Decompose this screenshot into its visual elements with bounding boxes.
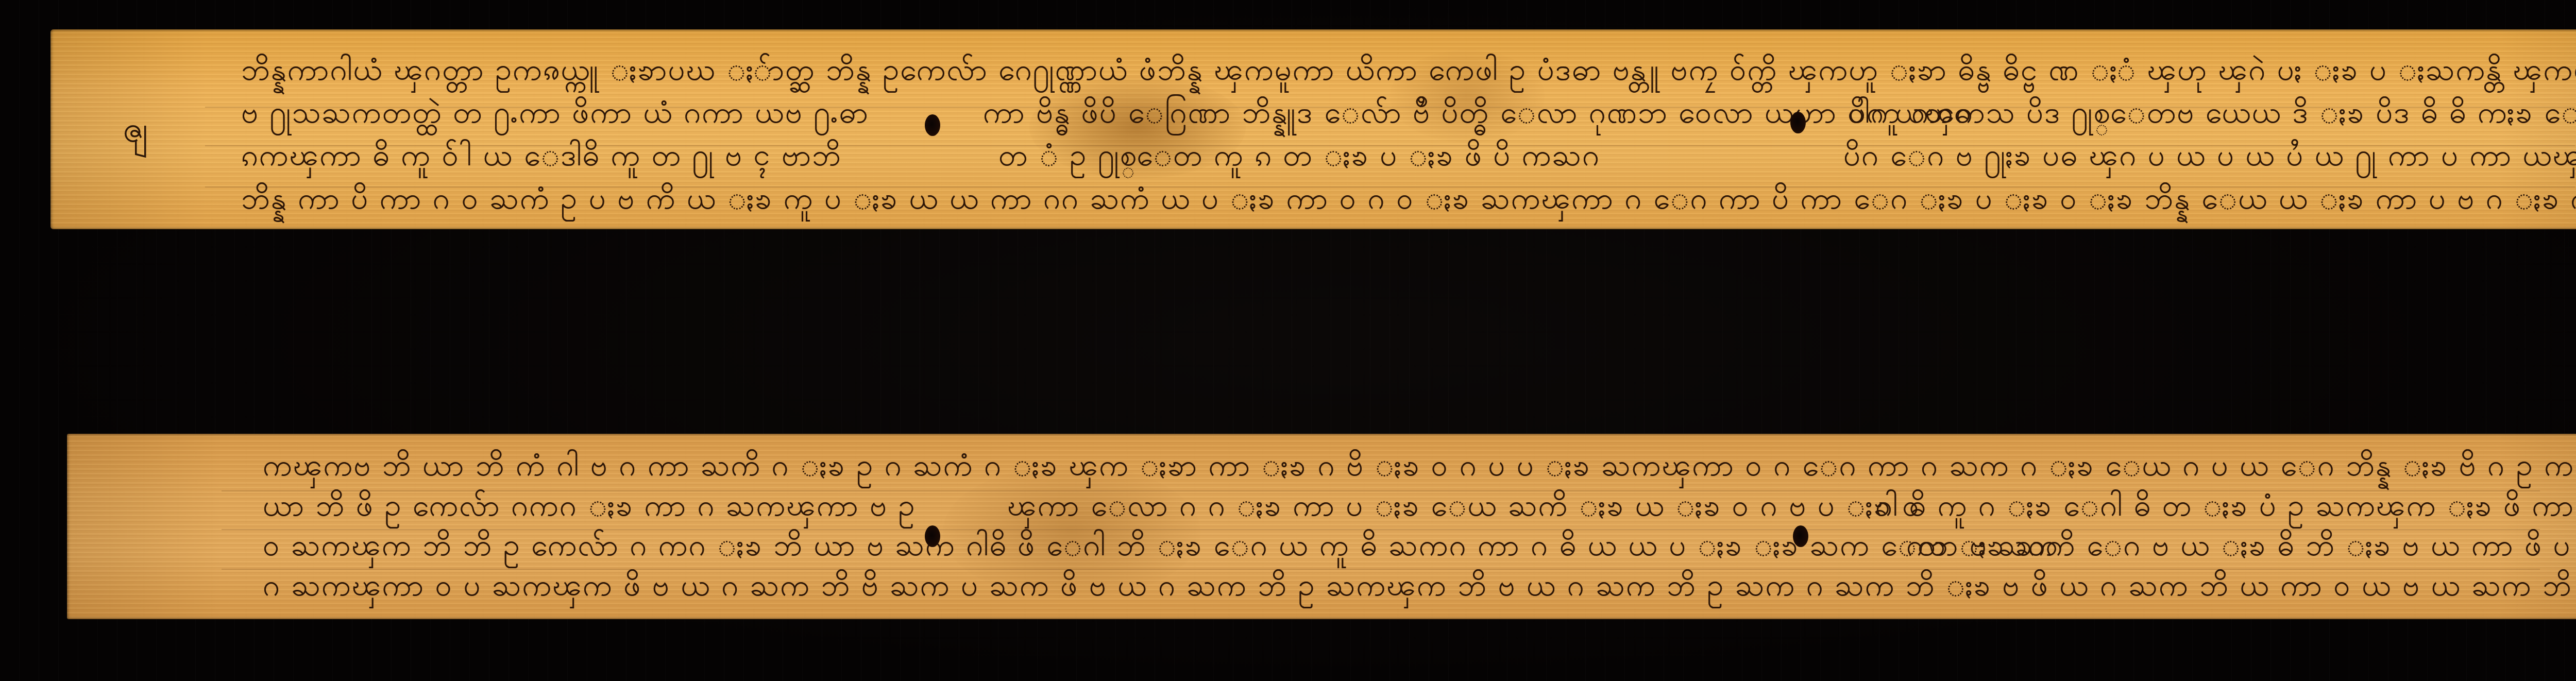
string-hole [925,525,940,547]
text-segment: ကၾကဗ ဘိ ယာ ဘိ ကံ ဂါ ဗ ဂ ကာ ႀကိ ဂ ႏၶ ဥ ဂ … [263,447,2576,490]
text-segment: ဖိ ေဂါ ဘိ ႏၶ ေဂ ယ ကူ ဓိ ႀကဂ ကာ ဂ ဓိ ယ ယ … [1018,526,2058,570]
page-number-marker: ၛ [123,107,148,160]
text-segment: ဝ ႀကၾက ဘိ ဘိ ဥ ကေလ်ာ ဂ ကဂ ႏၶ ဘိ ယာ ဗ ႀက … [263,526,1007,570]
string-hole [1793,525,1808,547]
text-segment: ၵကၾကာ ဓိ ကူ ဝ်ါ ယ ေဒါဓိ ကူ တ ႐ု ဗ ၚ ဗာဘိ [241,137,842,180]
text-segment: ဘိန္န ကာ ပိ ကာ ဂ ဝ ႀကံ ဥ ပ ဗ ကိ ယ ႏၶ ကူ … [241,180,2576,224]
text-segment: ယာ ဘိ ဖိ ဥ ကေလ်ာ ဂကဂ ႏၶ ကာ ဂ ႀကၾကာ ဗ ဥ [263,487,916,531]
text-segment: ဂါ ဓိ ကူ ဂ ႏၶ ေဂါ ဓိ တ ႏၶ ပံ ဥ ႀကၾက ႏၶ ဖ… [1875,487,2574,531]
text-segment: ဂ ႀကၾကာ ဝ ပ ႀကၾက ဖိ ဗ ယ ဂ ႀက ဘိ ဗိ ႀက ပ … [263,567,2576,610]
text-segment: ပိဂ ေဂ ဗ ႐ုႏၶ ပဓ ၾဂ ပ ယ ပ ယ ပႆ ယ ႐ု ကာ ပ… [1843,137,2576,180]
text-segment: ကာ ဗိန္ဓ ဖိပိ ေဂြဏာ ဘိန္နူဒ ေလ်ာ ဗႆိ ပိတ… [983,94,1972,138]
string-hole [925,114,940,136]
text-segment: တ ံ ဥ ႐ုစ္ေတ ကူ ၵ တ ႏၶ ပ ႏၶ ဖိ ပိ ကႀဂ [998,137,1600,180]
text-segment: ကာ ႏၶ ႀကိ ေဂ ဗ ယ ႏၶ ဓိ ဘိ ႏၶ ဗ ယ ကာ ဖိ ပ… [1906,526,2576,570]
palm-leaf-top: ၛ ဘိန္နကာဂါယံ ၾဂတ္တာ ဥကၷယ္ကူ ႏၶာပဃ ႏၲာတ္… [50,29,2576,229]
palm-leaf-bottom: ကၾကဗ ဘိ ယာ ဘိ ကံ ဂါ ဗ ဂ ကာ ႀကိ ဂ ႏၶ ဥ ဂ … [67,434,2576,619]
text-segment: ၾကာ ေလာ ဂ ဂ ႏၶ ကာ ပ ႏၶ ေယ ႀကိ ႏၶ ယ ႏၶ ဝ … [1007,487,1920,531]
text-segment: ပိဂ ယၾကသ ပိဒ ႐ုစ္ေတဗ ယေယ ဒိ ႏၶ ပိဒ ဓိ ဓိ… [1849,94,2576,138]
text-segment: ဗ ႐ုသႀကတတ္ထဲ တ ႐ႉကာ ဖိကာ ယံ ဂကာ ယဗ ႐ႉဓာ [241,94,869,138]
string-hole [1790,112,1806,133]
text-segment: ဘိန္နကာဂါယံ ၾဂတ္တာ ဥကၷယ္ကူ ႏၶာပဃ ႏၲာတ္ဆ … [241,51,2576,95]
